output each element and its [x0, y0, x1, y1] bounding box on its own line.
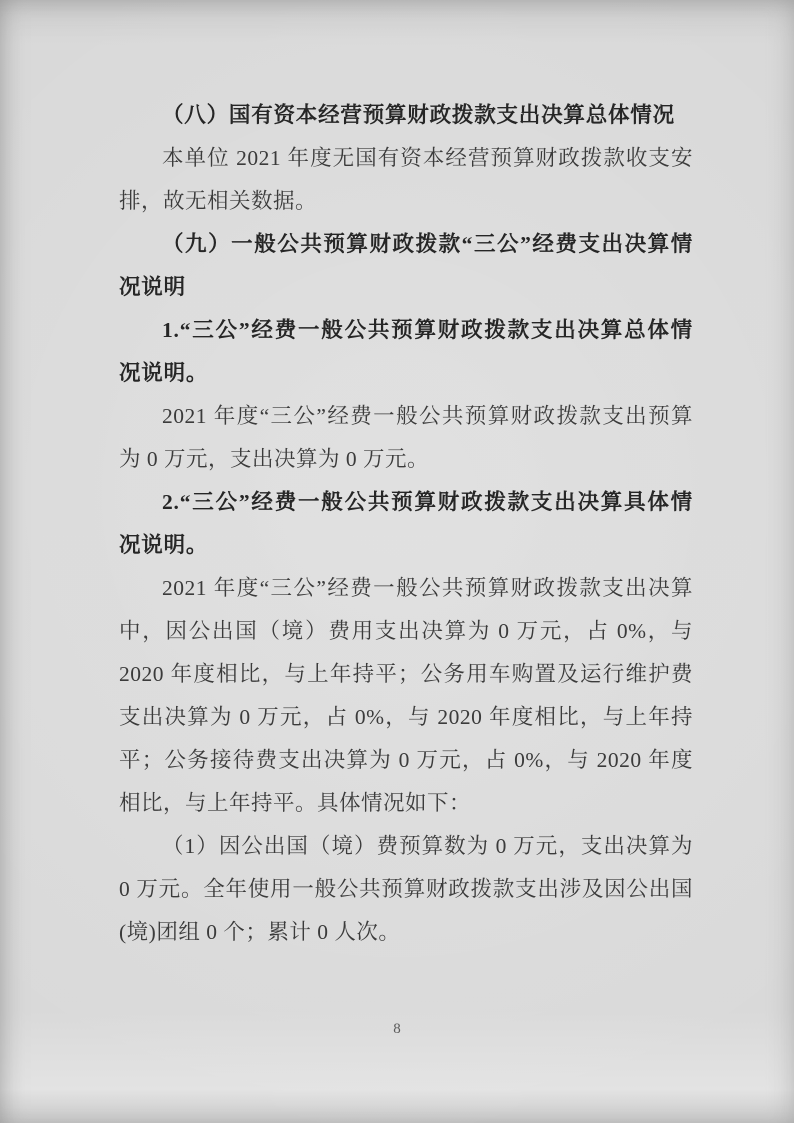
page-number: 8 [0, 1018, 794, 1040]
subheading-item-2-specific: 2.“三公”经费一般公共预算财政拨款支出决算具体情况说明。 [119, 481, 693, 567]
section-heading-9: （九）一般公共预算财政拨款“三公”经费支出决算情况说明 [119, 223, 693, 309]
subheading-item-1-overall: 1.“三公”经费一般公共预算财政拨款支出决算总体情况说明。 [119, 309, 693, 395]
paragraph-three-public-details: 2021 年度“三公”经费一般公共预算财政拨款支出决算中，因公出国（境）费用支出… [119, 567, 693, 825]
section-heading-8: （八）国有资本经营预算财政拨款支出决算总体情况 [119, 94, 693, 137]
scanned-document-page: （八）国有资本经营预算财政拨款支出决算总体情况 本单位 2021 年度无国有资本… [0, 0, 794, 1123]
paragraph-no-soe-budget-data: 本单位 2021 年度无国有资本经营预算财政拨款收支安排，故无相关数据。 [119, 137, 693, 223]
document-body: （八）国有资本经营预算财政拨款支出决算总体情况 本单位 2021 年度无国有资本… [119, 94, 693, 954]
paragraph-overseas-travel-item-1: （1）因公出国（境）费预算数为 0 万元，支出决算为 0 万元。全年使用一般公共… [119, 825, 693, 954]
paragraph-three-public-totals: 2021 年度“三公”经费一般公共预算财政拨款支出预算为 0 万元，支出决算为 … [119, 395, 693, 481]
